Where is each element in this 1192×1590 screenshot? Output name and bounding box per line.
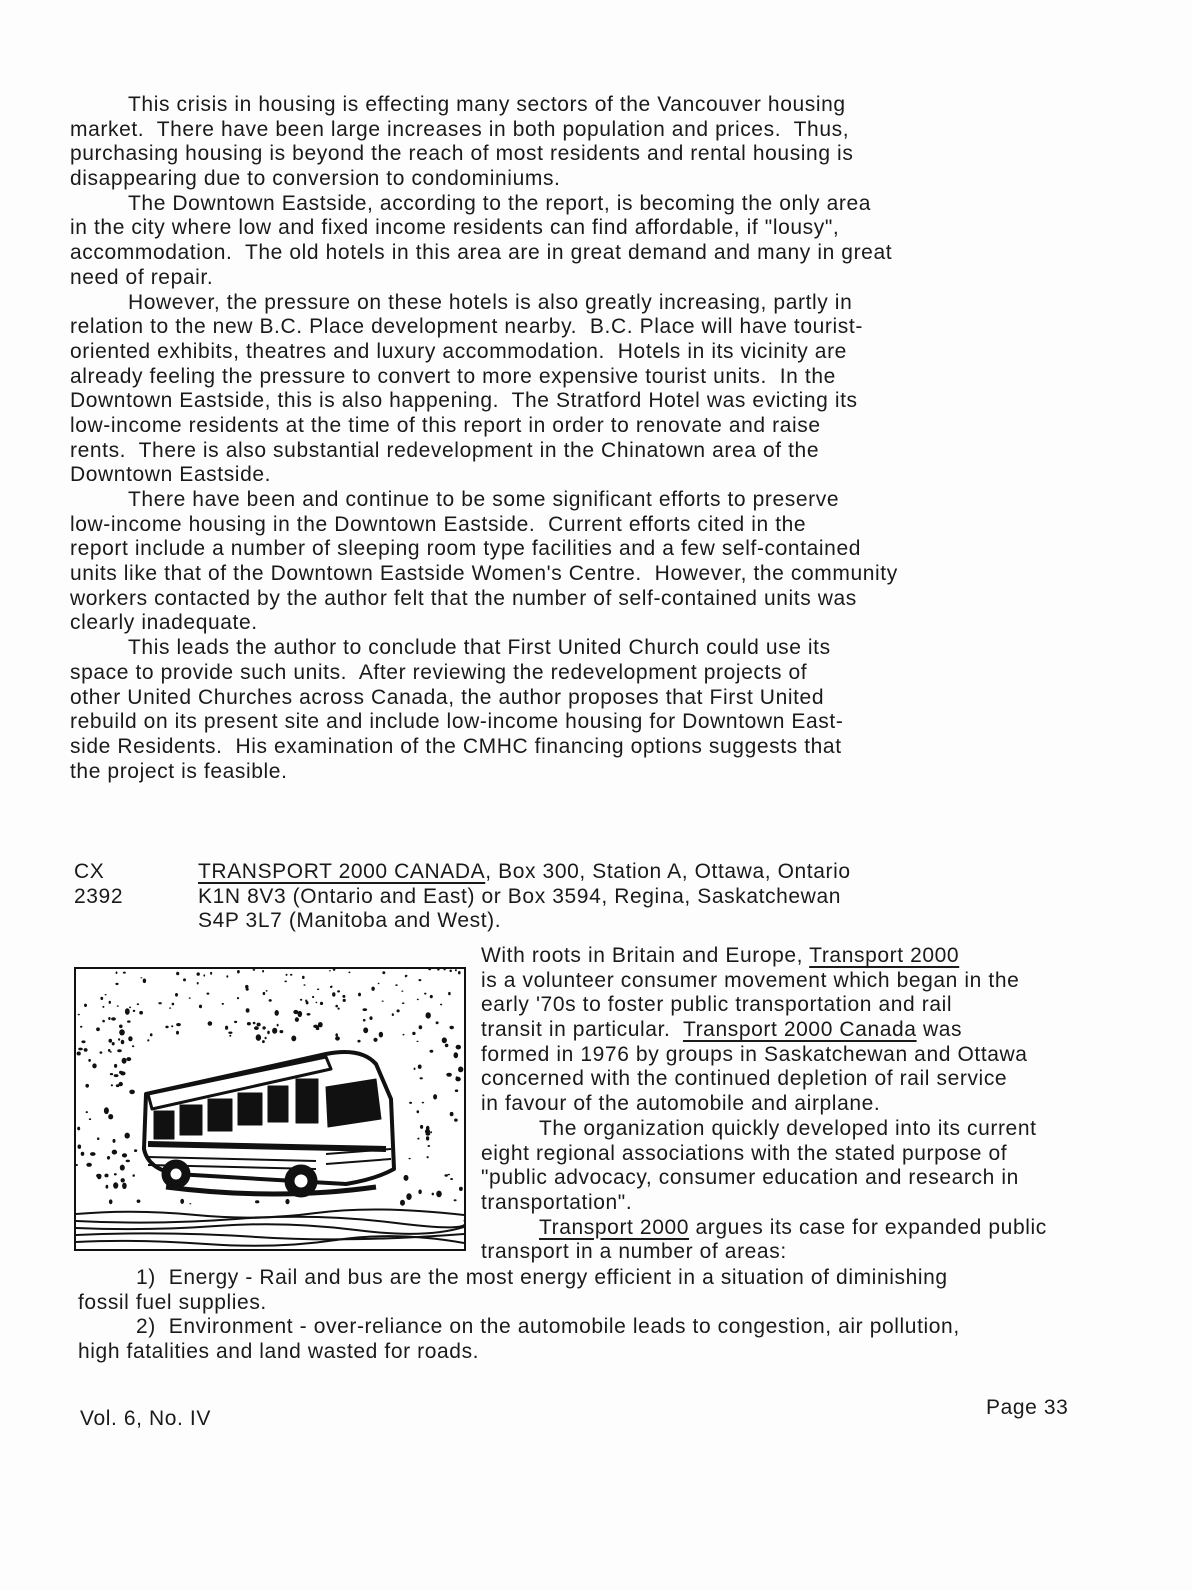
entry-heading-line: TRANSPORT 2000 CANADA, Box 300, Station …: [198, 860, 1098, 885]
text-line: formed in 1976 by groups in Saskatchewan…: [481, 1043, 1192, 1068]
text-line: oriented exhibits, theatres and luxury a…: [70, 340, 1130, 365]
transport-2000-description: With roots in Britain and Europe, Transp…: [481, 944, 1192, 1265]
text-line: transit in particular. Transport 2000 Ca…: [481, 1018, 1192, 1043]
text-line: clearly inadequate.: [70, 611, 1130, 636]
text-line: early '70s to foster public transportati…: [481, 993, 1192, 1018]
text-line: other United Churches across Canada, the…: [70, 686, 1130, 711]
text-line: Transport 2000 argues its case for expan…: [481, 1216, 1192, 1241]
text-fragment: With roots in Britain and Europe,: [481, 944, 809, 967]
text-fragment: was: [917, 1018, 963, 1041]
numbered-list: 1) Energy - Rail and bus are the most en…: [78, 1266, 1192, 1365]
text-line: transport in a number of areas:: [481, 1240, 1192, 1265]
entry-id: CX 2392: [74, 860, 164, 909]
entry-id-prefix: CX: [74, 860, 164, 885]
list-item-energy: 1) Energy - Rail and bus are the most en…: [78, 1266, 1192, 1291]
list-item-environment-cont: high fatalities and land wasted for road…: [78, 1340, 1192, 1365]
organization-name-underlined: Transport 2000: [539, 1216, 689, 1239]
text-line: is a volunteer consumer movement which b…: [481, 969, 1192, 994]
text-line: With roots in Britain and Europe, Transp…: [481, 944, 1192, 969]
text-line: the project is feasible.: [70, 760, 1130, 785]
text-line: However, the pressure on these hotels is…: [70, 291, 1130, 316]
organization-name-underlined: Transport 2000: [809, 944, 959, 967]
volume-text: Vol. 6, No. IV: [80, 1407, 211, 1432]
text-line: The organization quickly developed into …: [481, 1117, 1192, 1142]
text-line: space to provide such units. After revie…: [70, 661, 1130, 686]
text-line: "public advocacy, consumer education and…: [481, 1166, 1192, 1191]
text-line: eight regional associations with the sta…: [481, 1142, 1192, 1167]
organization-name: TRANSPORT 2000 CANADA: [198, 860, 485, 883]
text-line: Downtown Eastside.: [70, 463, 1130, 488]
text-line: This leads the author to conclude that F…: [70, 636, 1130, 661]
text-line: in favour of the automobile and airplane…: [481, 1092, 1192, 1117]
text-line: accommodation. The old hotels in this ar…: [70, 241, 1130, 266]
page-number-text: Page 33: [986, 1396, 1068, 1421]
text-line: purchasing housing is beyond the reach o…: [70, 142, 1130, 167]
housing-review-text: This crisis in housing is effecting many…: [70, 93, 1130, 784]
organization-name-underlined: Transport 2000 Canada: [683, 1018, 917, 1041]
list-item-environment: 2) Environment - over-reliance on the au…: [78, 1315, 1192, 1340]
text-line: already feeling the pressure to convert …: [70, 365, 1130, 390]
list-item-energy-cont: fossil fuel supplies.: [78, 1291, 1192, 1316]
text-fragment: argues its case for expanded public: [689, 1216, 1047, 1239]
bus-illustration: [74, 967, 466, 1251]
text-line: Downtown Eastside, this is also happenin…: [70, 389, 1130, 414]
entry-id-number: 2392: [74, 885, 164, 910]
text-line: transportation".: [481, 1191, 1192, 1216]
entry-heading-line: S4P 3L7 (Manitoba and West).: [198, 909, 1098, 934]
text-line: low-income housing in the Downtown Easts…: [70, 513, 1130, 538]
text-line: rebuild on its present site and include …: [70, 710, 1130, 735]
text-line: report include a number of sleeping room…: [70, 537, 1130, 562]
text-line: There have been and continue to be some …: [70, 488, 1130, 513]
entry-heading: TRANSPORT 2000 CANADA, Box 300, Station …: [198, 860, 1098, 934]
text-line: disappearing due to conversion to condom…: [70, 167, 1130, 192]
text-line: workers contacted by the author felt tha…: [70, 587, 1130, 612]
text-line: side Residents. His examination of the C…: [70, 735, 1130, 760]
text-fragment: transit in particular.: [481, 1018, 683, 1041]
document-page: This crisis in housing is effecting many…: [0, 0, 1192, 1590]
text-line: The Downtown Eastside, according to the …: [70, 192, 1130, 217]
address-text: , Box 300, Station A, Ottawa, Ontario: [485, 860, 850, 883]
page-number: Page 33: [986, 1396, 1068, 1421]
text-line: concerned with the continued depletion o…: [481, 1067, 1192, 1092]
text-line: low-income residents at the time of this…: [70, 414, 1130, 439]
text-line: need of repair.: [70, 266, 1130, 291]
text-line: market. There have been large increases …: [70, 118, 1130, 143]
text-line: This crisis in housing is effecting many…: [70, 93, 1130, 118]
entry-heading-line: K1N 8V3 (Ontario and East) or Box 3594, …: [198, 885, 1098, 910]
text-line: rents. There is also substantial redevel…: [70, 439, 1130, 464]
volume-label: Vol. 6, No. IV: [80, 1407, 211, 1432]
text-line: relation to the new B.C. Place developme…: [70, 315, 1130, 340]
bus-icon: [76, 969, 464, 1249]
text-line: units like that of the Downtown Eastside…: [70, 562, 1130, 587]
text-line: in the city where low and fixed income r…: [70, 216, 1130, 241]
